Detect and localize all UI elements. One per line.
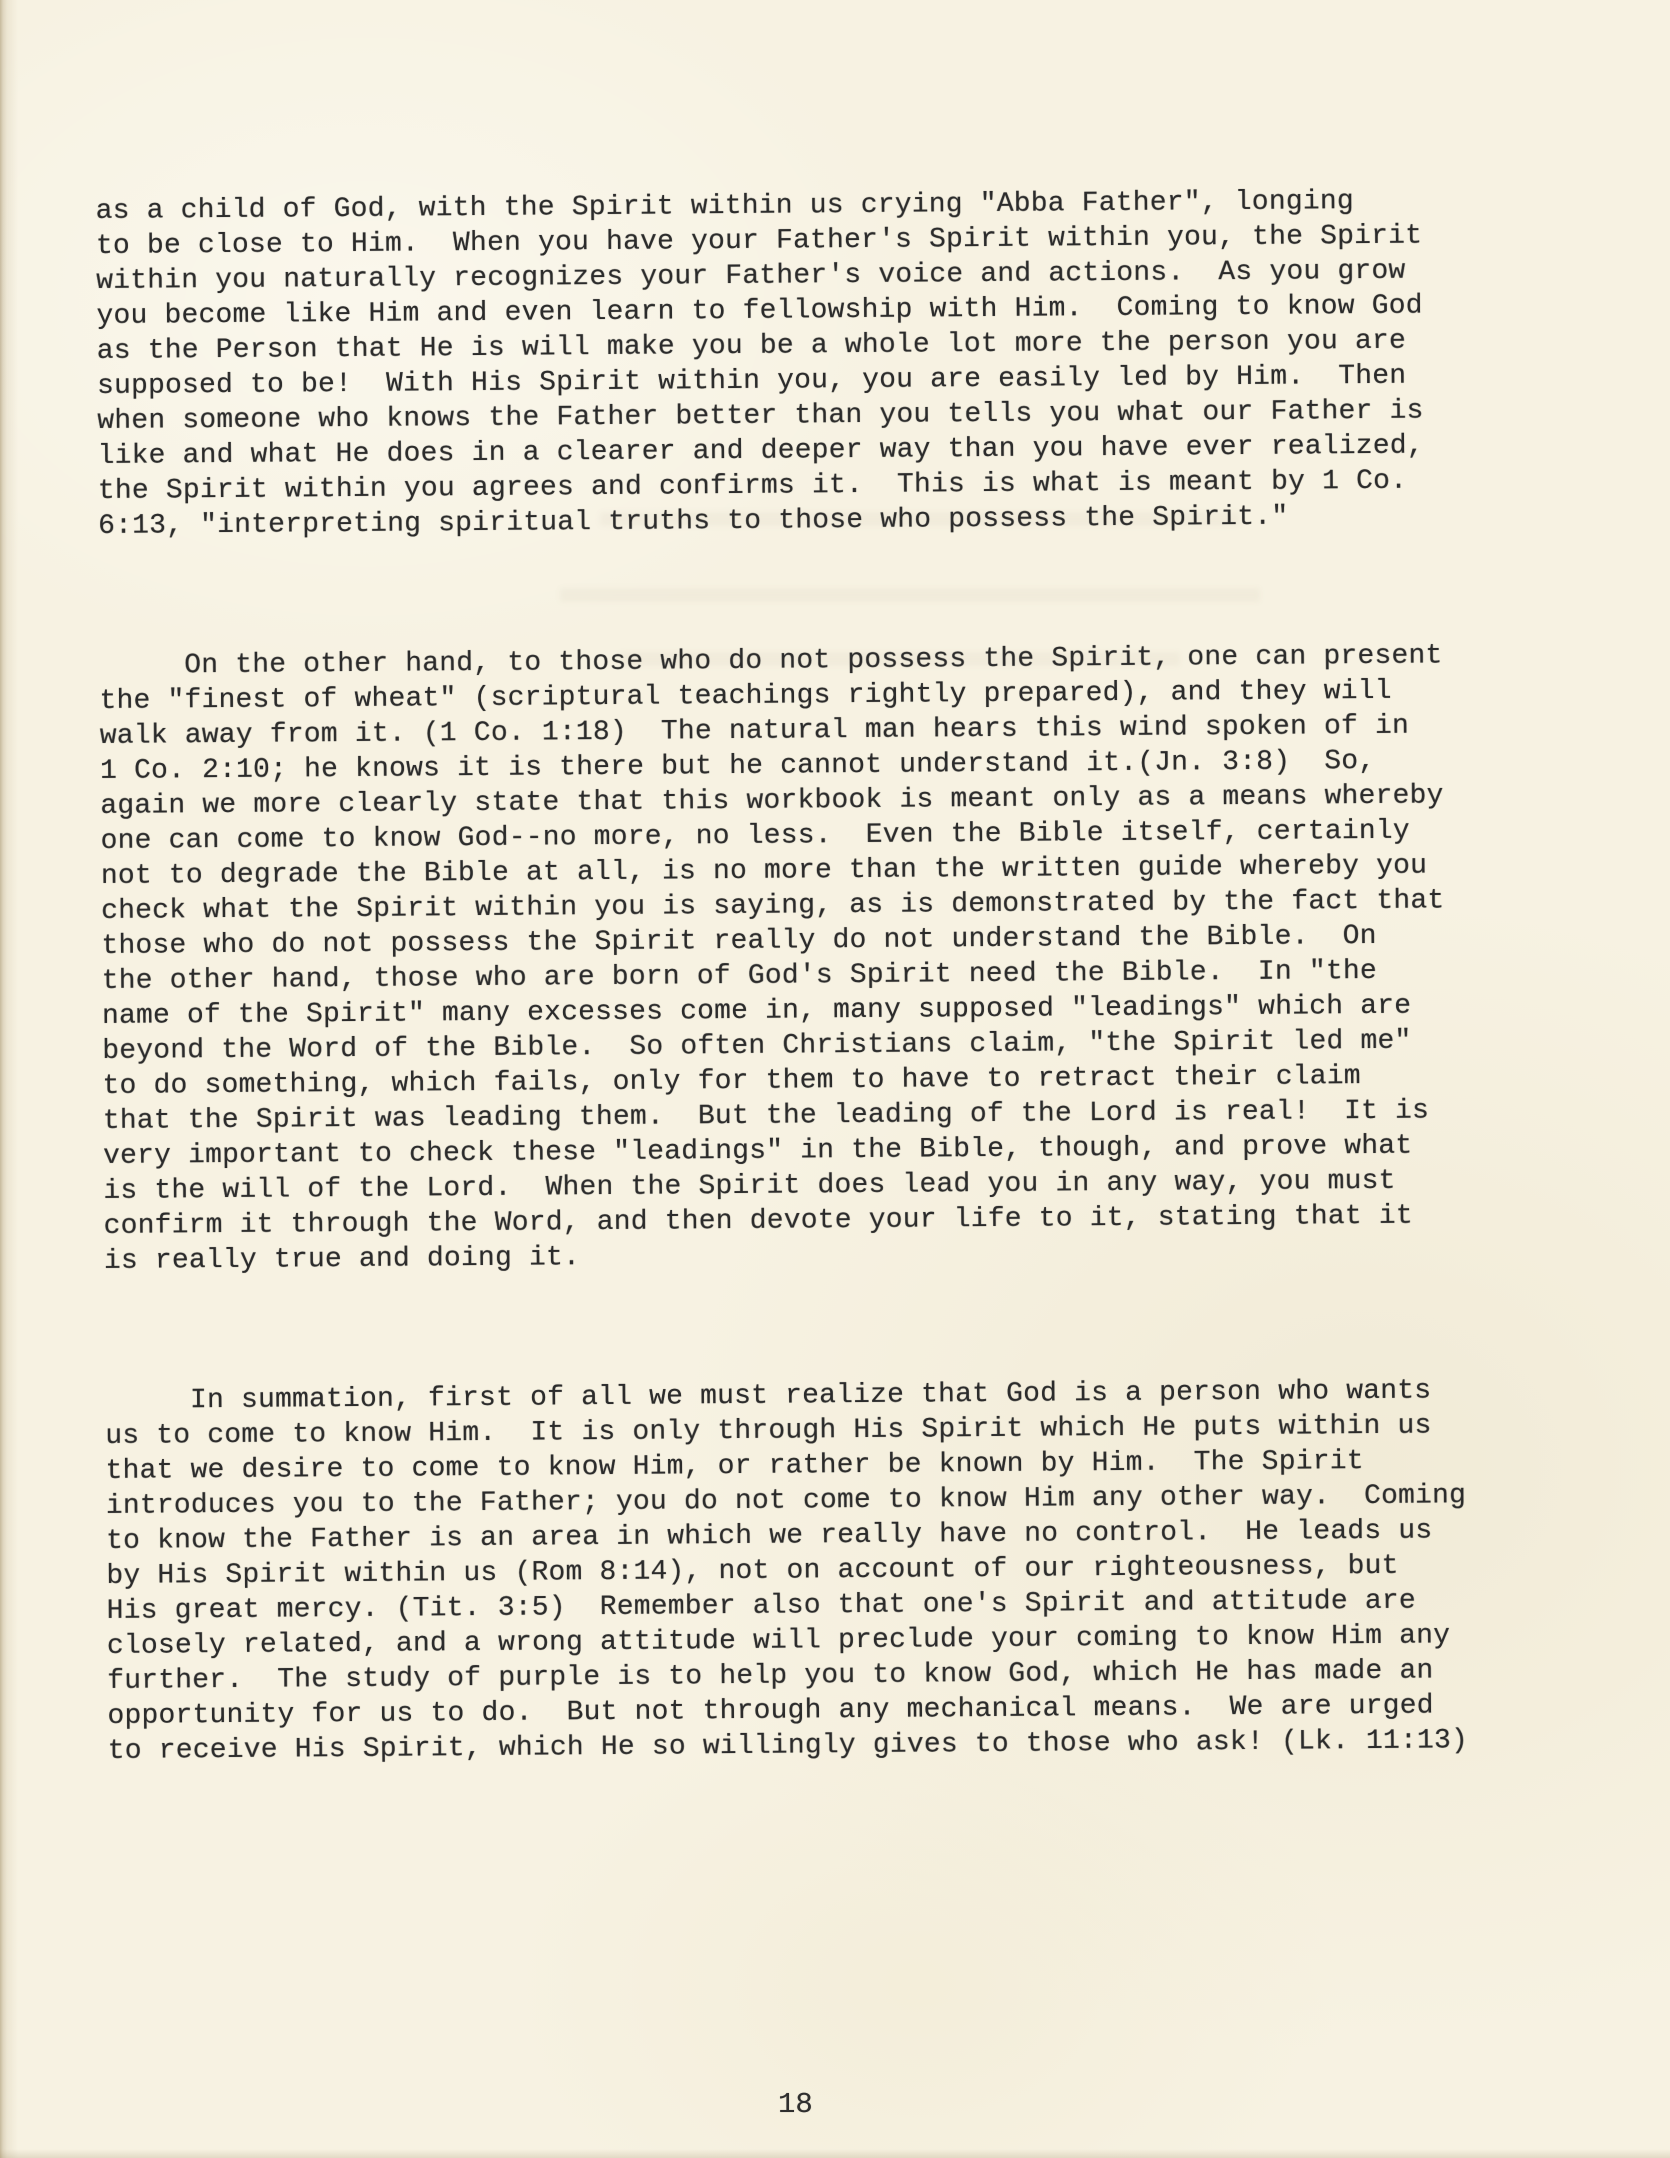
paragraph-spirit-within: as a child of God, with the Spirit withi… — [96, 183, 1549, 544]
page-number: 18 — [778, 2088, 813, 2121]
paragraph-in-summation: In summation, first of all we must reali… — [105, 1373, 1558, 1769]
typewritten-text-block: as a child of God, with the Spirit withi… — [95, 113, 1558, 1839]
paragraph-on-the-other-hand: On the other hand, to those who do not p… — [99, 638, 1554, 1279]
scanned-page: as a child of God, with the Spirit withi… — [0, 0, 1670, 2158]
